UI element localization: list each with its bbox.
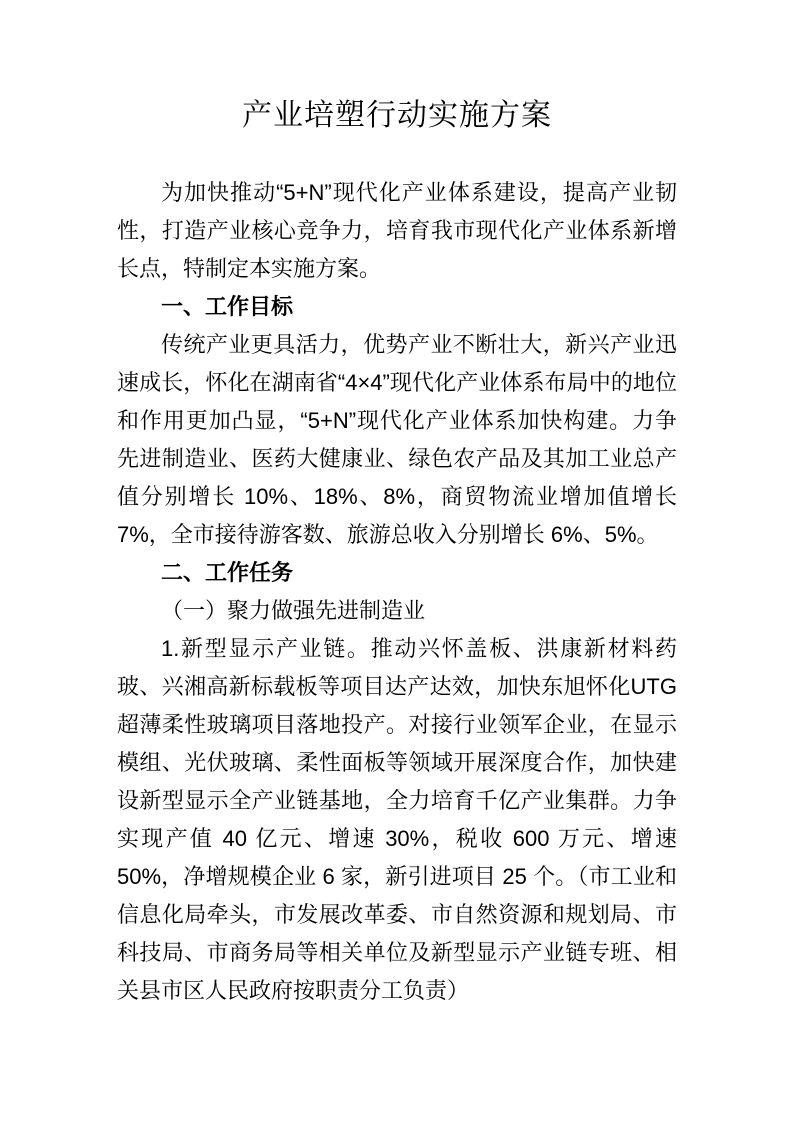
document-paragraph: 传统产业更具活力，优势产业不断壮大，新兴产业迅速成长，怀化在湖南省“4×4”现代… xyxy=(117,326,677,554)
document-paragraph: 1.新型显示产业链。推动兴怀盖板、洪康新材料药玻、兴湘高新标载板等项目达产达效，… xyxy=(117,630,677,1010)
section-heading: 二、工作任务 xyxy=(117,554,677,592)
document-title: 产业培塑行动实施方案 xyxy=(117,95,677,137)
section-heading: （一）聚力做强先进制造业 xyxy=(117,592,677,630)
section-heading: 一、工作目标 xyxy=(117,288,677,326)
document-paragraph: 为加快推动“5+N”现代化产业体系建设，提高产业韧性，打造产业核心竞争力，培育我… xyxy=(117,174,677,288)
document-page: 产业培塑行动实施方案 为加快推动“5+N”现代化产业体系建设，提高产业韧性，打造… xyxy=(0,0,793,1122)
document-body: 为加快推动“5+N”现代化产业体系建设，提高产业韧性，打造产业核心竞争力，培育我… xyxy=(117,174,677,1010)
